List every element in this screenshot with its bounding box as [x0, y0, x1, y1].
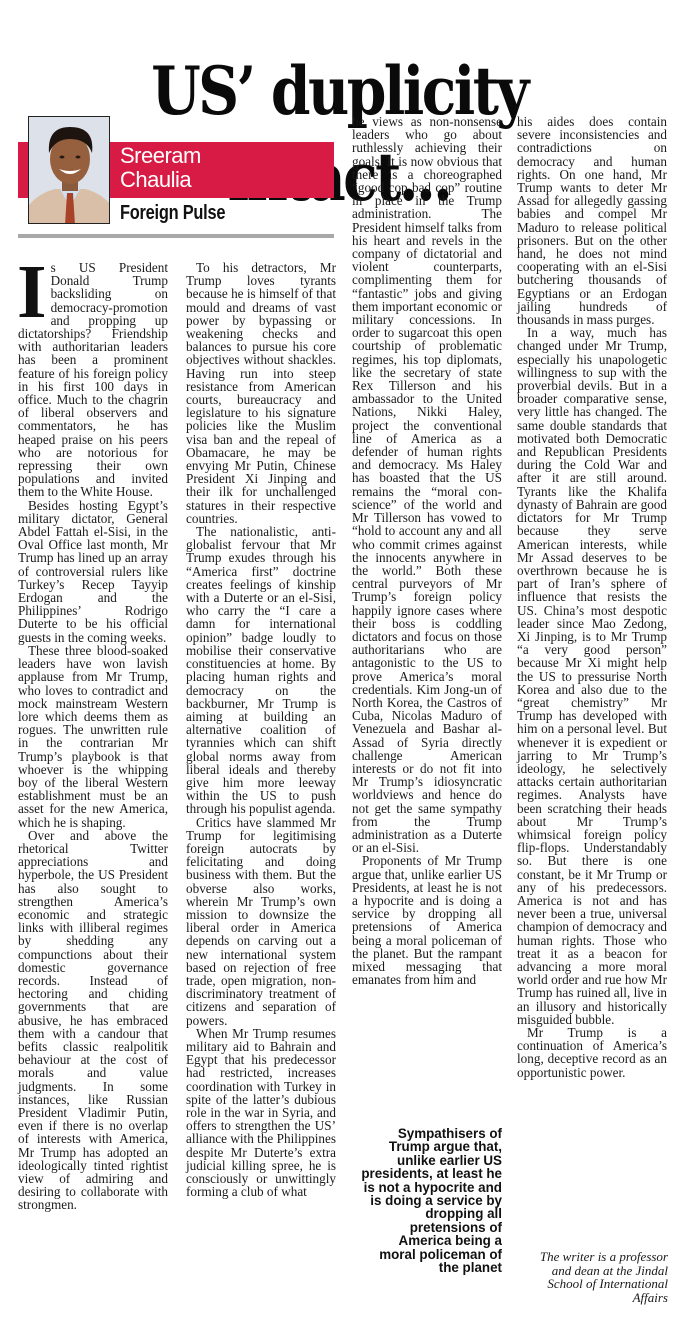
pull-quote: Sympathisers of Trump argue that, unlike… — [360, 1127, 502, 1274]
paragraph: The nationalistic, anti-globalist fervou… — [186, 525, 336, 815]
article-column-4: his aides does contain severe inconsiste… — [517, 115, 667, 1079]
article-column-3: he views as non-non­sense leaders who go… — [352, 115, 502, 986]
paragraph: Proponents of Mr Trump argue that, unlik… — [352, 854, 502, 986]
author-last-name: Chaulia — [120, 168, 320, 192]
paragraph: When Mr Trump resu­mes military aid to B… — [186, 1027, 336, 1199]
byline-rule — [18, 234, 334, 238]
paragraph: he views as non-non­sense leaders who go… — [352, 115, 502, 854]
author-portrait-icon — [29, 117, 110, 224]
paragraph: To his detractors, Mr Trump loves tyrant… — [186, 261, 336, 525]
paragraph: Is US President Donald Trump backsliding… — [18, 261, 168, 499]
author-name: Sreeram Chaulia — [120, 144, 320, 192]
paragraph: Critics have slammed Mr Trump for legiti… — [186, 816, 336, 1027]
paragraph: Mr Trump is a continuation of Ameri­ca’s… — [517, 1026, 667, 1079]
article-column-1: Is US President Donald Trump backsliding… — [18, 261, 168, 1212]
paragraph: In a way, much has changed under Mr Trum… — [517, 326, 667, 1026]
author-tagline: The writer is a professor and dean at th… — [530, 1250, 668, 1304]
column-name: Foreign Pulse — [120, 202, 225, 225]
paragraph: Over and above the rhetorical Twitter ap… — [18, 829, 168, 1212]
paragraph: his aides does contain severe inconsiste… — [517, 115, 667, 326]
drop-cap: I — [17, 261, 47, 321]
author-first-name: Sreeram — [120, 144, 320, 168]
paragraph: Besides hosting Egypt’s military dicta­t… — [18, 499, 168, 644]
author-photo — [28, 116, 110, 224]
paragraph: These three blood-soaked leaders have wo… — [18, 644, 168, 829]
article-column-2: To his detractors, Mr Trump loves tyrant… — [186, 261, 336, 1198]
